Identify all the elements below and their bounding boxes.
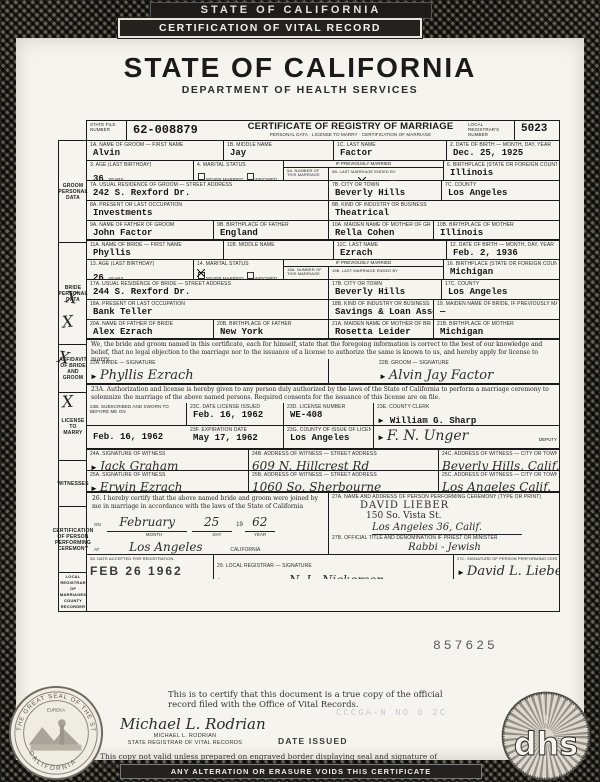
performer-address2: Los Angeles 36, Calif. [372, 521, 522, 535]
license-county: Los Angeles [287, 433, 371, 444]
witness2-address: 1060 So. Sherbourne [252, 480, 381, 491]
groom-father: John Factor [90, 228, 211, 239]
bride-father: Alex Ezrach [90, 327, 211, 338]
bride-signature: Phyllis Ezrach [100, 368, 194, 383]
ceremony-year-prefix: 19 [236, 522, 243, 528]
bottom-banner: ANY ALTERATION OR ERASURE VOIDS THIS CER… [120, 764, 482, 779]
margin-x-mark-4: X [61, 392, 74, 412]
performer-name: DAVID LIEBER [332, 500, 557, 511]
certify-statement: This is to certify that this document is… [168, 690, 448, 710]
witness1-arrow-icon: ► [90, 463, 98, 470]
bride-maiden-name: — [437, 307, 557, 318]
license-authorization-text: 23A. Authorization and license is hereby… [87, 384, 559, 403]
witness1-city: Beverly Hills, Calif. [442, 459, 559, 470]
groom-widowed-label: WIDOWED [255, 177, 278, 180]
witness1-city-label: 24C. ADDRESS OF WITNESS — CITY OR TOWN A… [442, 451, 557, 457]
svg-text:dhs: dhs [514, 727, 578, 763]
top-banner-state: STATE OF CALIFORNIA [150, 2, 432, 19]
margin-x-mark-2: X [61, 311, 74, 331]
witness1-address: 609 N. Hillcrest Rd [252, 459, 369, 470]
bride-mother-bp: Michigan [437, 327, 557, 338]
margin-label-registrar-note: LOCAL REGISTRAR OF MARRIAGES COUNTY RECO… [59, 573, 87, 611]
ceremony-day: 25 [204, 515, 219, 529]
svg-text:EUREKA: EUREKA [47, 707, 65, 712]
local-registrar-label: LOCAL REGISTRAR'S NUMBER [468, 122, 512, 137]
groom-ended-label: 5B. LAST MARRIAGE ENDED BY [332, 169, 441, 175]
groom-age-suffix: YEARS [108, 177, 123, 180]
bride-first-name: Phyllis [90, 248, 221, 259]
bride-residence: 244 S. Rexford Dr. [90, 287, 326, 298]
accepted-date-stamp: FEB 26 1962 [90, 564, 183, 578]
witness2-signature: Erwin Ezrach [100, 480, 183, 491]
bride-never-married-label: NEVER MARRIED [206, 276, 244, 279]
bride-dob: Feb. 2, 1936 [450, 248, 557, 259]
witness2-city: Los Angeles Calif. [442, 480, 551, 491]
groom-age-label: 3. AGE (LAST BIRTHDAY) [90, 162, 191, 168]
bride-prev-num-label: 15A. NUMBER OF THIS MARRIAGE [287, 268, 326, 277]
bride-age: 26 [90, 273, 104, 279]
ceremony-place: Los Angeles [129, 540, 202, 554]
state-registrar-signature: Michael L. Rodrian [120, 715, 266, 733]
ceremony-day-sublabel: DAY [196, 532, 238, 537]
ceremony-year: 62 [252, 515, 267, 529]
license-number: WE-408 [287, 410, 371, 421]
state-file-number: 62-008879 [130, 122, 233, 139]
margin-label-groom: GROOM PERSONAL DATA [59, 141, 87, 243]
form-title: CERTIFICATE OF REGISTRY OF MARRIAGE [238, 122, 463, 132]
bride-maiden-name-label: 19. MAIDEN NAME OF BRIDE, IF PREVIOUSLY … [437, 301, 557, 307]
groom-signature: Alvin Jay Factor [389, 368, 493, 383]
marriage-form: GROOM PERSONAL DATA BRIDE PERSONAL DATA … [58, 120, 559, 612]
ceremony-certify-text: 26. I hereby certify that the above name… [90, 494, 326, 511]
deputy-arrow-icon: ► [377, 433, 385, 442]
svg-text:⚕: ⚕ [543, 712, 549, 726]
affidavit-text: We, the bride and groom named in this ce… [87, 339, 559, 359]
deputy-signature: F. N. Unger [387, 428, 468, 444]
ceremony-month: February [119, 515, 175, 529]
license-sworn-label: 23B. SUBSCRIBED AND SWORN TO BEFORE ME O… [90, 404, 184, 414]
performer-title: Rabbi - Jewish [332, 541, 557, 554]
groom-signature-arrow-icon: ► [379, 372, 387, 381]
serial-number: 857625 [433, 638, 498, 653]
bride-last-name: Ezrach [337, 248, 444, 259]
witness2-arrow-icon: ► [90, 484, 98, 491]
groom-dob: Dec. 25, 1925 [450, 148, 557, 159]
ceremony-on-label: ON [94, 522, 101, 527]
witness2-city-label: 25C. ADDRESS OF WITNESS — CITY OR TOWN A… [442, 472, 557, 478]
county-clerk-arrow-icon: ► [377, 416, 385, 425]
witness1-address-label: 24B. ADDRESS OF WITNESS — STREET ADDRESS [252, 451, 436, 457]
ceremony-place-suffix: California [230, 547, 260, 553]
bride-middle-name-label: 11B. MIDDLE NAME [227, 242, 331, 248]
deputy-label: DEPUTY [539, 437, 557, 442]
groom-widowed-checkbox [247, 173, 254, 180]
state-registrar-name: MICHAEL L. RODRIAN [154, 733, 217, 739]
groom-mother: Rella Cohen [332, 228, 431, 239]
witness1-signature: Jack Graham [100, 459, 179, 470]
groom-age: 36 [90, 174, 104, 180]
page-subtitle: DEPARTMENT OF HEALTH SERVICES [0, 84, 600, 96]
bride-birthplace: Michigan [447, 267, 557, 278]
groom-occupation: Investments [90, 208, 326, 219]
groom-birthplace: Illinois [447, 168, 557, 179]
local-registrar-signature: N. L. Nickerson [289, 574, 384, 579]
bride-industry: Savings & Loan Assoc. [332, 307, 431, 318]
bride-signature-arrow-icon: ► [90, 372, 98, 381]
local-registrar-arrow-icon: ► [217, 576, 225, 579]
bride-city: Beverly Hills [332, 287, 439, 298]
bride-age-label: 13. AGE (LAST BIRTHDAY) [90, 261, 191, 267]
bride-never-married-checkbox [198, 272, 205, 279]
groom-last-name: Factor [337, 148, 444, 159]
ceremony-at-label: AT [94, 547, 99, 552]
local-registrar-sig-label: 29. LOCAL REGISTRAR — SIGNATURE [217, 563, 312, 569]
margin-label-certification: CERTIFICATION OF PERSON PERFORMING CEREM… [59, 507, 87, 573]
bride-widowed-checkbox [247, 272, 254, 279]
performer-sig-arrow-icon: ► [457, 568, 465, 577]
groom-never-married-label: NEVER MARRIED [206, 177, 244, 180]
bride-occupation: Bank Teller [90, 307, 326, 318]
bride-father-bp: New York [217, 327, 326, 338]
local-registrar-county: LOS ANGELES COUNTY [227, 578, 287, 579]
performer-address1: 150 So. Vista St. [332, 511, 557, 521]
groom-prev-num-label: 5A. NUMBER OF THIS MARRIAGE [287, 169, 326, 178]
county-clerk-name: William G. Sharp [387, 416, 476, 425]
groom-county: Los Angeles [445, 188, 557, 199]
state-registrar-title: STATE REGISTRAR OF VITAL RECORDS [128, 740, 243, 746]
form-body: STATE FILE NUMBER 62-008879 CERTIFICATE … [86, 120, 560, 612]
groom-mother-bp: Illinois [437, 228, 557, 239]
great-seal-california: THE GREAT SEAL OF THE STATE CALIFORNIA E… [6, 684, 106, 782]
groom-city: Beverly Hills [332, 188, 439, 199]
ceremony-month-sublabel: MONTH [114, 532, 194, 537]
date-issued-label: DATE ISSUED [278, 736, 348, 746]
groom-first-name: Alvin [90, 148, 221, 159]
license-issued-date: Feb. 16, 1962 [190, 410, 281, 421]
groom-never-married-checkbox [198, 173, 205, 180]
performer-signature: David L. Lieber [467, 564, 559, 579]
faint-date-stamp: CCCGA-N NO 0 2C [336, 708, 447, 718]
local-registrar-number: 5023 [518, 122, 557, 137]
witness2-address-label: 25B. ADDRESS OF WITNESS — STREET ADDRESS [252, 472, 436, 478]
page-title: STATE OF CALIFORNIA [0, 52, 600, 84]
ceremony-year-sublabel: YEAR [240, 532, 280, 537]
license-expiration-date: May 17, 1962 [190, 433, 281, 444]
top-banner-certification: CERTIFICATION OF VITAL RECORD [118, 18, 422, 38]
dhs-seal: ⚕ dhs [492, 690, 600, 782]
bride-county: Los Angeles [445, 287, 557, 298]
groom-residence: 242 S. Rexford Dr. [90, 188, 326, 199]
form-subtitle: PERSONAL DATA · LICENSE TO MARRY · CERTI… [238, 132, 463, 138]
bride-ended-label: 15B. LAST MARRIAGE ENDED BY [332, 268, 441, 274]
accepted-label: 28. DATE ACCEPTED FOR REGISTRATION [90, 556, 211, 562]
margin-label-witnesses: WITNESSES [59, 461, 87, 507]
bride-age-suffix: YEARS [108, 276, 123, 279]
bride-widowed-label: WIDOWED [255, 276, 278, 279]
state-file-label: STATE FILE NUMBER [90, 122, 124, 132]
groom-middle-name: Jay [227, 148, 331, 159]
groom-industry: Theatrical [332, 208, 557, 219]
groom-father-bp: England [217, 228, 326, 239]
bride-mother: Rosetta Leider [332, 327, 431, 338]
license-sworn-date: Feb. 16, 1962 [90, 427, 185, 447]
